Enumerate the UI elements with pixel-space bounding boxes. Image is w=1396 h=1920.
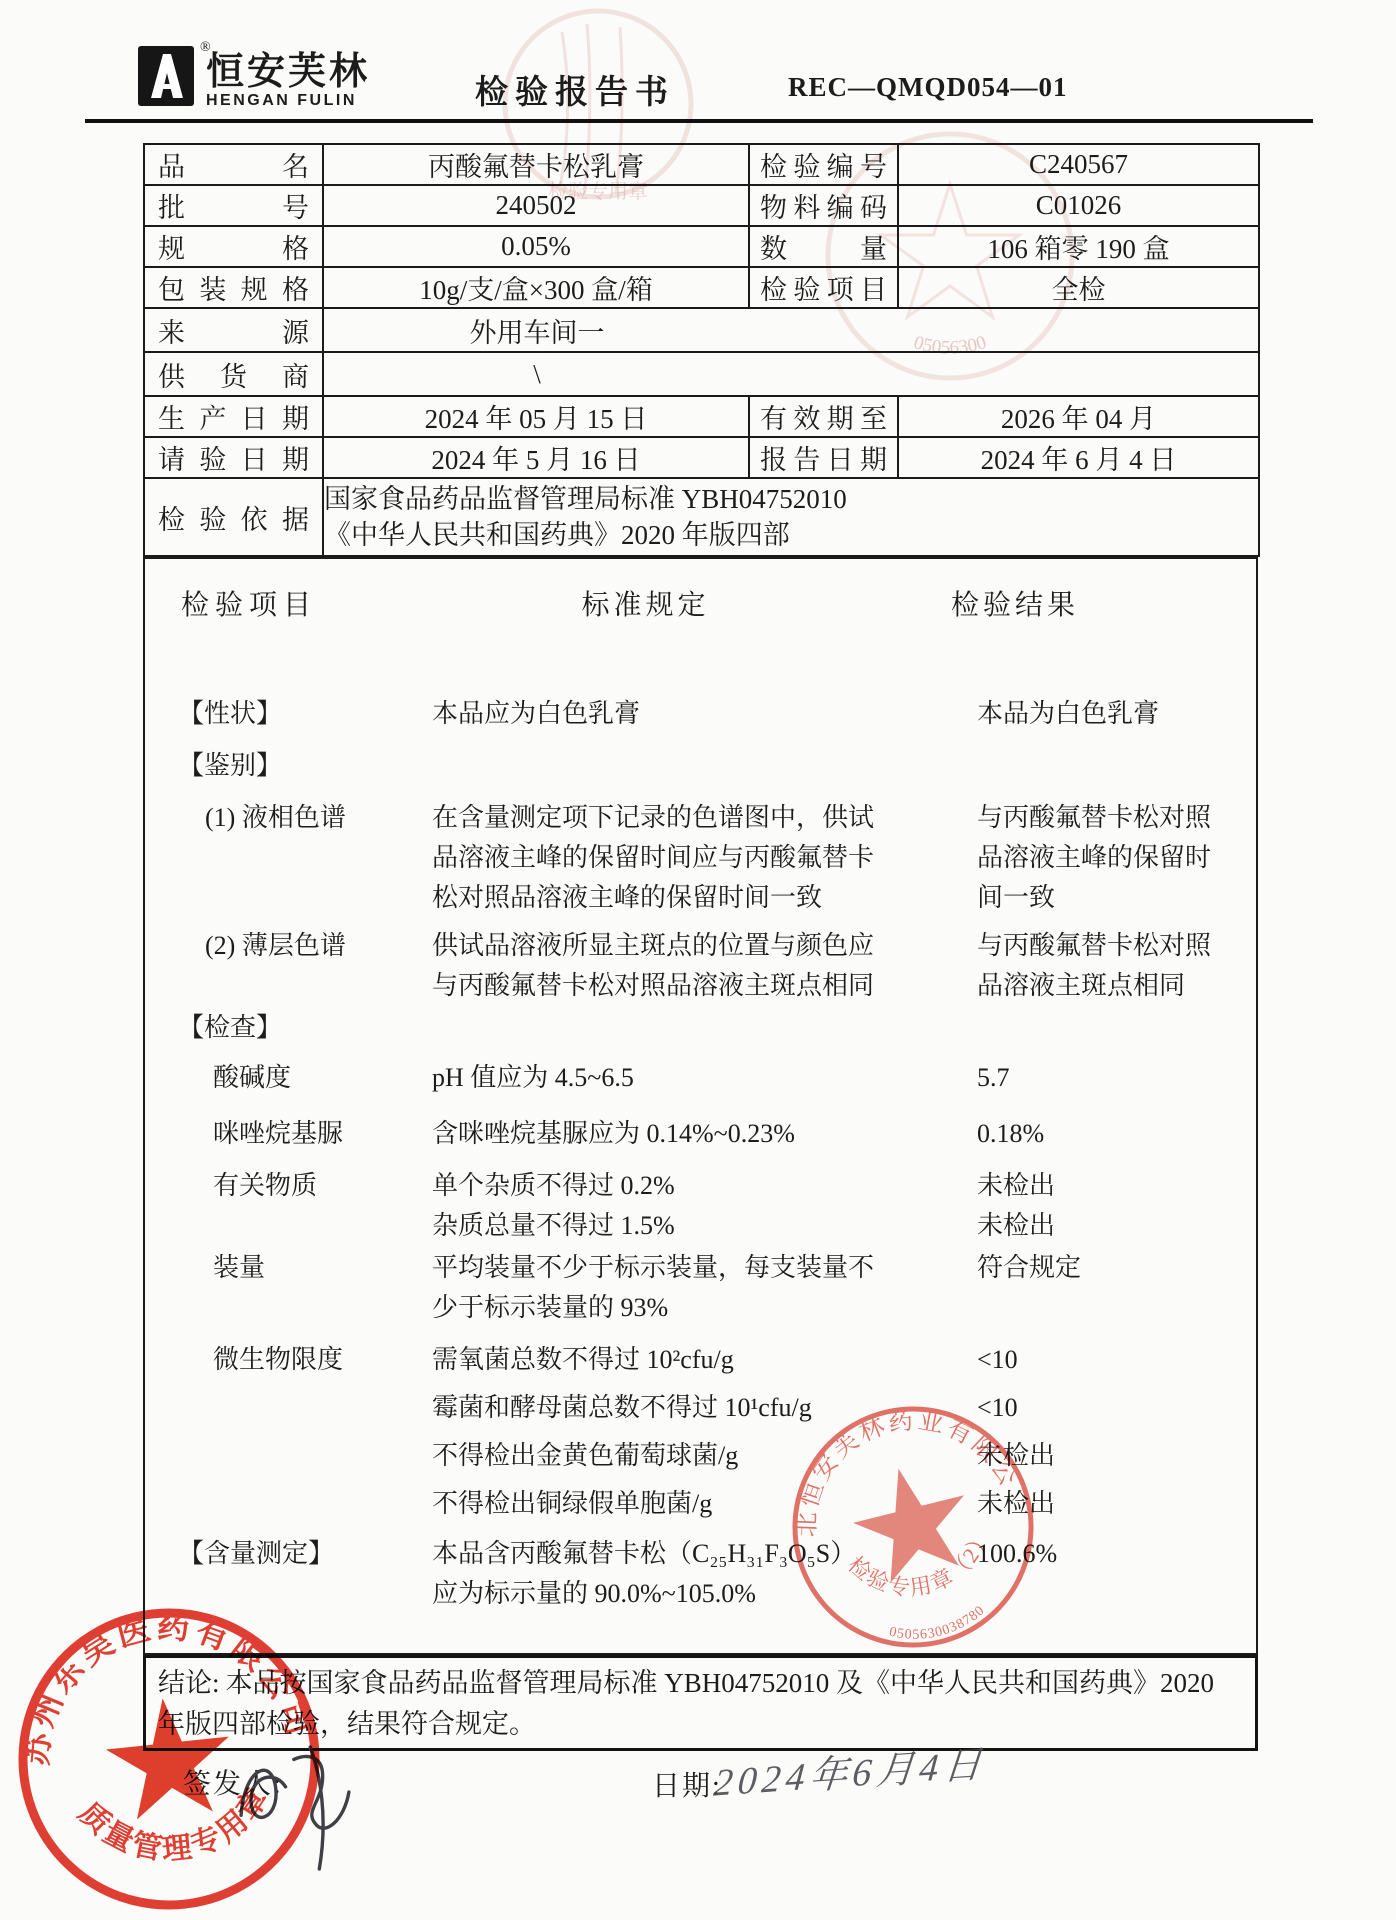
label-char: 依 [241,498,268,537]
result-standard: 平均装量不少于标示装量，每支装量不 [432,1248,987,1288]
handwritten-signature [222,1728,392,1878]
info-value2-cell: 全检 [898,267,1259,308]
result-standard: 单个杂质不得过 0.2% [432,1166,987,1206]
result-value: 与丙酸氟替卡松对照 [977,798,1211,838]
info-value-cell: 丙酸氟替卡松乳膏 [323,144,749,185]
label-char: 量 [860,227,887,266]
info-label: 批号 [145,186,322,225]
info-label: 包装规格 [145,268,322,307]
inspection-report-page: ® 恒安芙林 HENGAN FULIN 检验报告书 REC—QMQD054—01… [0,0,1396,1920]
page-title: 检验报告书 [420,66,730,113]
info-label-cell: 规格 [144,226,323,267]
label-char: 包 [158,268,185,307]
label-char: 告 [793,438,820,477]
result-item-name: 有关物质 [213,1166,317,1206]
result-line: 松对照品溶液主峰的保留时间一致间一致 [145,878,1256,918]
info-row: 批号240502物料编码C01026 [144,185,1259,226]
result-item-name: 微生物限度 [213,1336,343,1384]
info-label2-cell: 报告日期 [749,437,898,478]
label-char: 规 [158,227,185,266]
info-value-cell: 国家食品药品监督管理局标准 YBH04752010《中华人民共和国药典》2020… [323,478,1259,556]
result-line: 【检查】 [145,1008,1256,1048]
label-char: 日 [241,438,268,477]
info-value-cell: 240502 [323,185,749,226]
info-row: 请验日期2024 年 5 月 16 日报告日期2024 年 6 月 4 日 [144,437,1259,478]
info-value-cell: 2024 年 05 月 15 日 [323,396,749,437]
info-label: 品名 [145,145,322,184]
basis-line: 国家食品药品监督管理局标准 YBH04752010 [324,481,1258,517]
info-value: 外用车间一 [324,311,750,350]
result-value: 未检出 [977,1480,1055,1528]
result-line: 不得检出铜绿假单胞菌/g未检出 [145,1480,1256,1528]
label-char: 日 [827,438,854,477]
label-char: 期 [860,438,887,477]
result-value: 符合规定 [977,1248,1081,1288]
label-char: 效 [793,397,820,436]
result-line: (1) 液相色谱在含量测定项下记录的色谱图中，供试与丙酸氟替卡松对照 [145,798,1256,838]
info-row: 供货商\ [144,352,1259,396]
result-standard: 少于标示装量的 93% [432,1288,987,1328]
logo-text-cn: 恒安芙林 [206,52,370,92]
results-body: 【性状】本品应为白色乳膏本品为白色乳膏【鉴别】(1) 液相色谱在含量测定项下记录… [145,694,1256,1614]
info-label: 生产日期 [145,397,322,436]
label-char: 至 [860,397,887,436]
result-item-name: 酸碱度 [213,1058,291,1098]
label-char: 期 [282,438,309,477]
result-line: (2) 薄层色谱供试品溶液所显主斑点的位置与颜色应与丙酸氟替卡松对照 [145,926,1256,966]
info-label-cell: 检验依据 [144,478,323,556]
label-char: 格 [282,227,309,266]
result-item-name: 【性状】 [178,694,282,734]
result-value: 5.7 [977,1058,1010,1098]
result-value: 未检出 [977,1432,1055,1480]
result-line: 【性状】本品应为白色乳膏本品为白色乳膏 [145,694,1256,734]
label-char: 验 [199,498,226,537]
label-char: 料 [793,186,820,225]
result-item-name: 咪唑烷基脲 [213,1114,343,1154]
info-row: 生产日期2024 年 05 月 15 日有效期至2026 年 04 月 [144,396,1259,437]
result-standard: 品溶液主峰的保留时间应与丙酸氟替卡 [432,838,987,878]
info-label2: 物料编码 [750,186,897,225]
result-value: 间一致 [977,878,1055,918]
conclusion-label: 结论: [158,1668,220,1698]
label-char: 验 [793,145,820,184]
result-value: 品溶液主峰的保留时 [977,838,1211,878]
label-char: 格 [282,268,309,307]
result-item-name: (2) 薄层色谱 [205,926,346,966]
label-char: 来 [158,311,185,350]
product-info-table: 品名丙酸氟替卡松乳膏检验编号C240567批号240502物料编码C01026规… [143,143,1260,557]
info-label-cell: 批号 [144,185,323,226]
info-label2: 报告日期 [750,438,897,477]
info-table-body: 品名丙酸氟替卡松乳膏检验编号C240567批号240502物料编码C01026规… [144,144,1259,556]
label-char: 物 [760,186,787,225]
label-char: 目 [860,268,887,307]
label-char: 项 [827,268,854,307]
result-item-name: 装量 [213,1248,265,1288]
label-char: 编 [827,186,854,225]
result-standard: 含咪唑烷基脲应为 0.14%~0.23% [432,1114,987,1154]
result-item-name: 【检查】 [178,1008,282,1048]
label-char: 验 [199,438,226,477]
label-char: 供 [158,355,185,394]
label-char: 名 [282,145,309,184]
info-label2: 数量 [750,227,897,266]
result-standard: 本品含丙酸氟替卡松（C₂₅H₃₁F₃O₅S） [432,1534,987,1574]
result-standard: pH 值应为 4.5~6.5 [432,1058,987,1098]
result-line: 装量平均装量不少于标示装量，每支装量不符合规定 [145,1248,1256,1288]
info-label: 检验依据 [145,498,322,537]
label-char: 商 [282,355,309,394]
label-char: 有 [760,397,787,436]
label-char: 源 [282,311,309,350]
info-label2: 有效期至 [750,397,897,436]
info-label: 规格 [145,227,322,266]
label-char: 编 [827,145,854,184]
label-char: 生 [158,397,185,436]
info-label-cell: 供货商 [144,352,323,396]
result-standard: 应为标示量的 90.0%~105.0% [432,1574,987,1614]
result-value: 未检出 [977,1206,1055,1246]
result-line: 不得检出金黄色葡萄球菌/g未检出 [145,1432,1256,1480]
label-char: 号 [860,145,887,184]
result-item-name: (1) 液相色谱 [205,798,346,838]
info-value2-cell: C01026 [898,185,1259,226]
result-value: 未检出 [977,1166,1055,1206]
info-row: 来源外用车间一 [144,308,1259,352]
label-char: 验 [793,268,820,307]
label-char: 数 [760,227,787,266]
info-label2-cell: 检验编号 [749,144,898,185]
test-results-table: 检验项目 标准规定 检验结果 【性状】本品应为白色乳膏本品为白色乳膏【鉴别】(1… [143,557,1258,1655]
result-line: 酸碱度pH 值应为 4.5~6.55.7 [145,1058,1256,1098]
result-standard: 需氧菌总数不得过 10²cfu/g [432,1336,987,1384]
info-value2-cell: 2024 年 6 月 4 日 [898,437,1259,478]
info-label2-cell: 数量 [749,226,898,267]
info-value2-cell: C240567 [898,144,1259,185]
result-line: 【鉴别】 [145,746,1256,786]
info-row: 检验依据国家食品药品监督管理局标准 YBH04752010《中华人民共和国药典》… [144,478,1259,556]
label-char: 检 [158,498,185,537]
result-value: 100.6% [977,1534,1057,1574]
result-value: <10 [977,1336,1018,1384]
label-char: 号 [282,186,309,225]
label-char: 请 [158,438,185,477]
registered-trademark: ® [200,40,211,56]
result-line: 【含量测定】本品含丙酸氟替卡松（C₂₅H₃₁F₃O₅S）100.6% [145,1534,1256,1574]
result-line: 霉菌和酵母菌总数不得过 10¹cfu/g<10 [145,1384,1256,1432]
result-standard: 本品应为白色乳膏 [432,694,987,734]
label-char: 期 [827,397,854,436]
date-label: 日期: [652,1764,722,1804]
info-label: 来源 [145,311,322,350]
result-line: 与丙酸氟替卡松对照品溶液主斑点相同品溶液主斑点相同 [145,966,1256,1006]
info-label2: 检验编号 [750,145,897,184]
label-char: 规 [241,268,268,307]
info-label: 请验日期 [145,438,322,477]
label-char: 期 [282,397,309,436]
header-divider [85,119,1313,123]
label-char: 日 [241,397,268,436]
result-standard: 供试品溶液所显主斑点的位置与颜色应 [432,926,987,966]
result-standard: 不得检出金黄色葡萄球菌/g [432,1432,987,1480]
info-label-cell: 来源 [144,308,323,352]
info-value-cell: 外用车间一 [323,308,1259,352]
result-standard: 松对照品溶液主峰的保留时间一致 [432,878,987,918]
header-result: 检验结果 [951,583,1079,623]
result-standard: 霉菌和酵母菌总数不得过 10¹cfu/g [432,1384,987,1432]
result-value: 0.18% [977,1114,1044,1154]
label-char: 货 [220,355,247,394]
info-label-cell: 包装规格 [144,267,323,308]
info-label2: 检验项目 [750,268,897,307]
info-value2-cell: 106 箱零 190 盒 [898,226,1259,267]
label-char: 码 [860,186,887,225]
info-value2-cell: 2026 年 04 月 [898,396,1259,437]
info-label2-cell: 检验项目 [749,267,898,308]
result-standard: 与丙酸氟替卡松对照品溶液主斑点相同 [432,966,987,1006]
company-logo: ® 恒安芙林 HENGAN FULIN [138,44,370,110]
info-row: 规格0.05%数量106 箱零 190 盒 [144,226,1259,267]
info-label2-cell: 有效期至 [749,396,898,437]
info-row: 包装规格10g/支/盒×300 盒/箱检验项目全检 [144,267,1259,308]
result-item-name: 【鉴别】 [178,746,282,786]
label-char: 批 [158,186,185,225]
document-number: REC—QMQD054—01 [788,72,1068,103]
label-char: 品 [158,145,185,184]
result-standard: 不得检出铜绿假单胞菌/g [432,1480,987,1528]
result-line: 杂质总量不得过 1.5%未检出 [145,1206,1256,1246]
info-label-cell: 品名 [144,144,323,185]
result-line: 少于标示装量的 93% [145,1288,1256,1328]
label-char: 报 [760,438,787,477]
result-standard: 杂质总量不得过 1.5% [432,1206,987,1246]
result-line: 应为标示量的 90.0%~105.0% [145,1574,1256,1614]
label-char: 产 [199,397,226,436]
result-value: 与丙酸氟替卡松对照 [977,926,1211,966]
result-line: 有关物质单个杂质不得过 0.2%未检出 [145,1166,1256,1206]
result-item-name: 【含量测定】 [178,1534,334,1574]
result-line: 咪唑烷基脲含咪唑烷基脲应为 0.14%~0.23%0.18% [145,1114,1256,1154]
logo-text-en: HENGAN FULIN [206,92,370,110]
basis-line: 《中华人民共和国药典》2020 年版四部 [324,517,1258,553]
result-value: 本品为白色乳膏 [977,694,1159,734]
result-standard: 在含量测定项下记录的色谱图中，供试 [432,798,987,838]
info-label2-cell: 物料编码 [749,185,898,226]
info-value: \ [324,359,750,390]
info-value-cell: \ [323,352,1259,396]
result-line: 品溶液主峰的保留时间应与丙酸氟替卡品溶液主峰的保留时 [145,838,1256,878]
result-line: 微生物限度需氧菌总数不得过 10²cfu/g<10 [145,1336,1256,1384]
result-value: 品溶液主斑点相同 [977,966,1185,1006]
label-char: 检 [760,268,787,307]
info-label-cell: 生产日期 [144,396,323,437]
info-row: 品名丙酸氟替卡松乳膏检验编号C240567 [144,144,1259,185]
logo-mark-icon [138,44,196,108]
label-char: 装 [199,268,226,307]
info-label-cell: 请验日期 [144,437,323,478]
label-char: 据 [282,498,309,537]
info-value-cell: 0.05% [323,226,749,267]
label-char: 检 [760,145,787,184]
info-value-cell: 2024 年 5 月 16 日 [323,437,749,478]
result-value: <10 [977,1384,1018,1432]
info-label: 供货商 [145,355,322,394]
results-header-row: 检验项目 标准规定 检验结果 [145,583,1256,627]
info-value-cell: 10g/支/盒×300 盒/箱 [323,267,749,308]
